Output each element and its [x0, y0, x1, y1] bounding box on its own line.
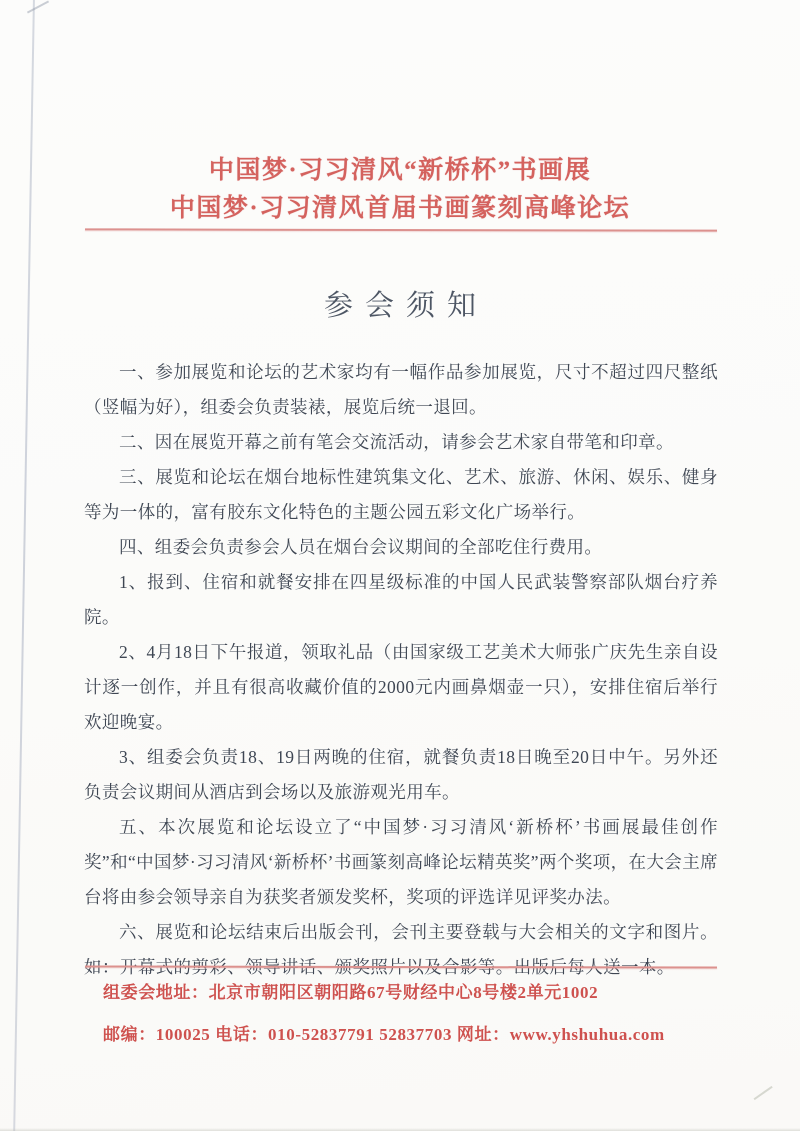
footer-address: 组委会地址：北京市朝阳区朝阳路67号财经中心8号楼2单元1002 [103, 980, 723, 1006]
footer-contact: 邮编：100025 电话：010-52837791 52837703 网址：ww… [103, 1022, 723, 1048]
header-title-line1: 中国梦·习习清风“新桥杯”书画展 [60, 152, 740, 190]
document-title: 参会须知 [0, 283, 800, 324]
paragraph-3: 三、展览和论坛在烟台地标性建筑集文化、艺术、旅游、休闲、娱乐、健身等为一体的，富… [84, 460, 718, 530]
paragraph-6: 2、4月18日下午报道，领取礼品（由国家级工艺美术大师张广庆先生亲自设计逐一创作… [84, 635, 718, 740]
scanned-document-page: 中国梦·习习清风“新桥杯”书画展 中国梦·习习清风首届书画篆刻高峰论坛 参会须知… [0, 0, 800, 1131]
paragraph-4: 四、组委会负责参会人员在烟台会议期间的全部吃住行费用。 [84, 530, 718, 565]
paragraph-7: 3、组委会负责18、19日两晚的住宿，就餐负责18日晚至20日中午。另外还负责会… [84, 740, 718, 810]
paper-crease-mark [27, 0, 49, 13]
paper-edge-line [13, 0, 35, 1131]
paragraph-9: 六、展览和论坛结束后出版会刊，会刊主要登载与大会相关的文字和图片。如：开幕式的剪… [84, 915, 718, 985]
paragraph-2: 二、因在展览开幕之前有笔会交流活动，请参会艺术家自带笔和印章。 [84, 425, 718, 460]
document-body: 一、参加展览和论坛的艺术家均有一幅作品参加展览，尺寸不超过四尺整纸（竖幅为好），… [84, 355, 718, 985]
header-divider-line [85, 228, 717, 231]
paragraph-1: 一、参加展览和论坛的艺术家均有一幅作品参加展览，尺寸不超过四尺整纸（竖幅为好），… [84, 355, 718, 425]
document-header: 中国梦·习习清风“新桥杯”书画展 中国梦·习习清风首届书画篆刻高峰论坛 [60, 152, 740, 228]
paragraph-8: 五、本次展览和论坛设立了“中国梦·习习清风‘新桥杯’书画展最佳创作奖”和“中国梦… [84, 810, 718, 915]
paragraph-5: 1、报到、住宿和就餐安排在四星级标准的中国人民武装警察部队烟台疗养院。 [84, 565, 718, 635]
paper-corner-mark [754, 1086, 773, 1100]
document-footer: 组委会地址：北京市朝阳区朝阳路67号财经中心8号楼2单元1002 邮编：1000… [103, 980, 723, 1048]
header-title-line2: 中国梦·习习清风首届书画篆刻高峰论坛 [60, 190, 740, 228]
